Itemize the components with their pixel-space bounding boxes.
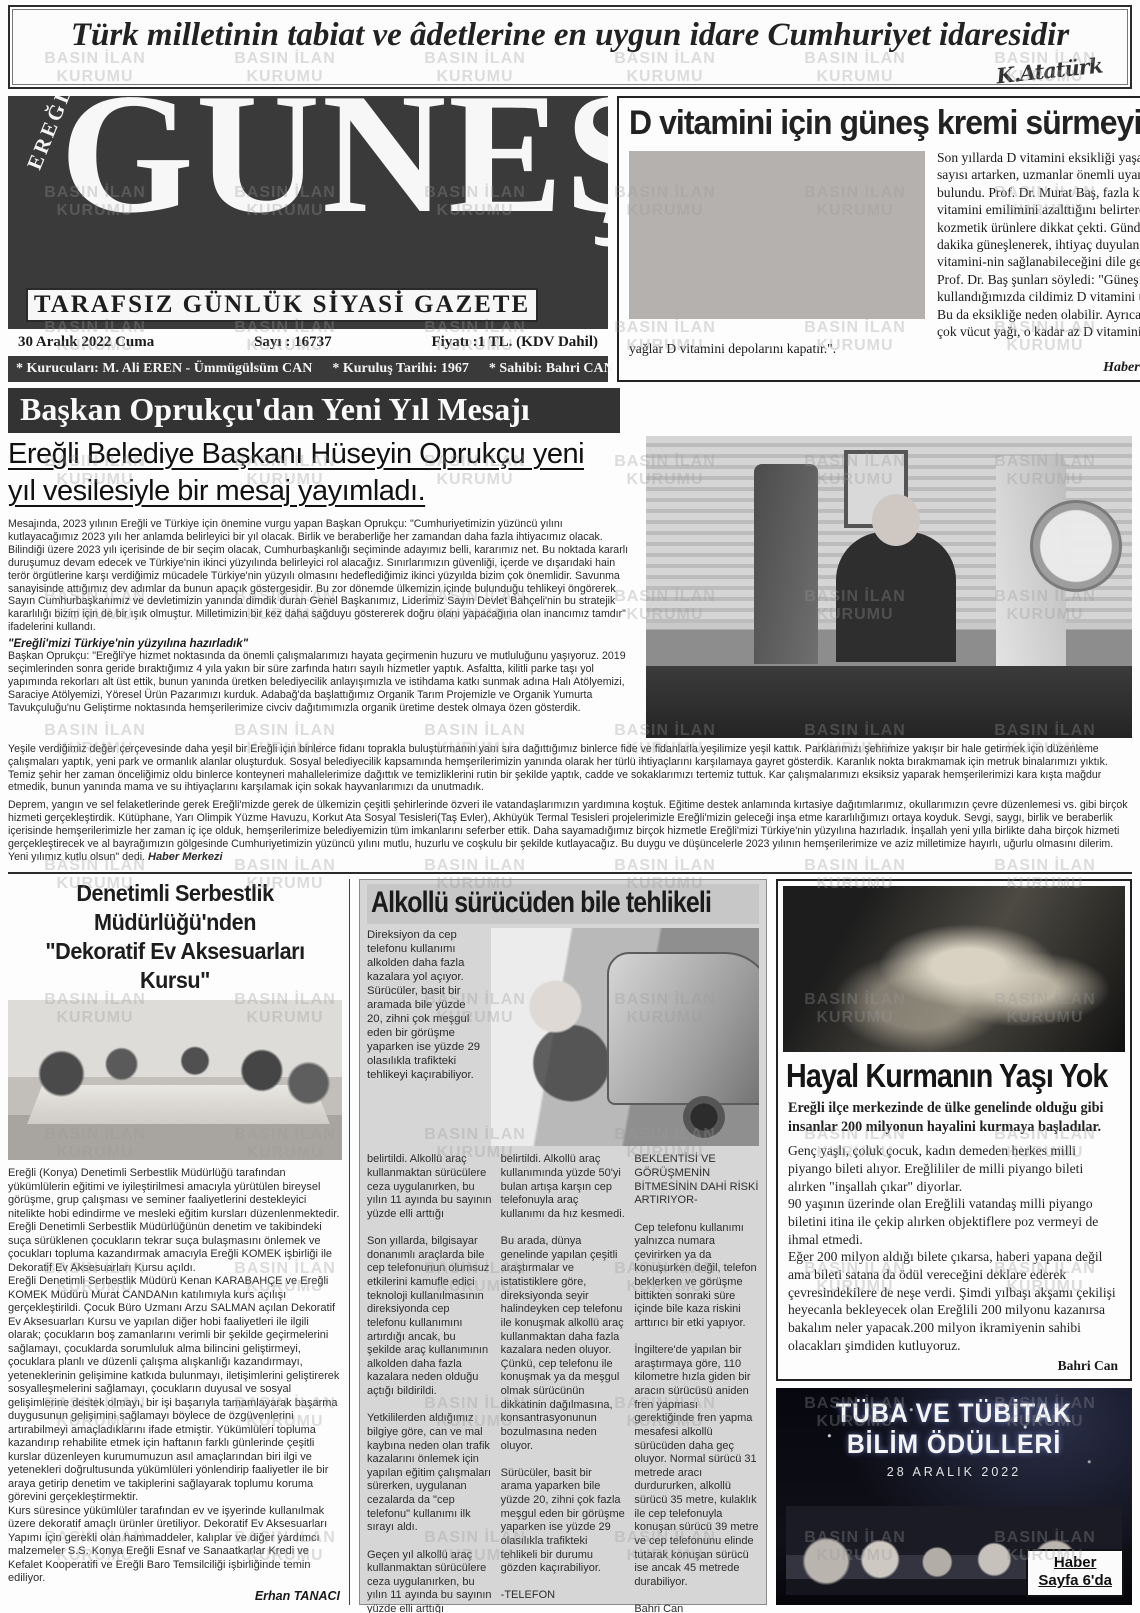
right-column: Hayal Kurmanın Yaşı Yok Ereğli ilçe merk… xyxy=(776,879,1132,1605)
article-lottery-headline: Hayal Kurmanın Yaşı Yok xyxy=(786,1057,1107,1095)
turkish-flag-shape xyxy=(754,464,818,664)
article-phone-driving-headline-bar: Alkollü sürücüden bile tehlikeli xyxy=(367,884,759,924)
article-mayor-para2: Başkan Oprukçu: "Ereğli'ye hizmet noktas… xyxy=(8,650,636,715)
tuba-date: 28 ARALIK 2022 xyxy=(776,1465,1132,1479)
classroom-people-shapes xyxy=(8,1000,342,1160)
article-lottery-lead: Ereğli ilçe merkezinde de ülke genelinde… xyxy=(778,1099,1130,1136)
tuba-awards-box: TÜBA VE TÜBİTAK BİLİM ÖDÜLLERİ 28 ARALIK… xyxy=(776,1388,1132,1605)
article-lottery-byline: Bahri Can xyxy=(778,1354,1130,1374)
article-lottery-body: Genç yaşlı, çoluk çocuk, kadın demeden h… xyxy=(778,1136,1130,1354)
article-course-body: Ereğli (Konya) Denetimli Serbestlik Müdü… xyxy=(8,1167,342,1586)
tuba-continue-line2: Sayfa 6'da xyxy=(1038,1572,1112,1591)
masthead-subtitle: TARAFSIZ GÜNLÜK SİYASİ GAZETE xyxy=(34,291,530,318)
bottom-row: Denetimli Serbestlik Müdürlüğü'nden "Dek… xyxy=(8,872,1132,1605)
classroom-photo xyxy=(8,1000,342,1160)
car-shape xyxy=(607,952,759,1105)
article-phone-driving-columns: belirtildi. Alkollü araç kullanmaktan sü… xyxy=(367,1153,759,1600)
article-mayor-para4-wrap: Deprem, yangın ve sel felaketlerinde ger… xyxy=(8,799,1132,864)
ataturk-signature: K.Atatürk xyxy=(995,53,1103,89)
motto-text: Türk milletinin tabiat ve âdetlerine en … xyxy=(71,17,1069,54)
suncream-photo xyxy=(629,151,925,319)
article-course-headline-line1: Denetimli Serbestlik Müdürlüğü'nden xyxy=(76,880,273,935)
issue-price: Fiyatı :1 TL. (KDV Dahil) xyxy=(431,334,598,351)
article-course-headline: Denetimli Serbestlik Müdürlüğü'nden "Dek… xyxy=(18,879,332,994)
article-lottery-headline-wrap: Hayal Kurmanın Yaşı Yok xyxy=(778,1057,1130,1095)
article-lottery: Hayal Kurmanın Yaşı Yok Ereğli ilçe merk… xyxy=(776,879,1132,1381)
tuba-continue-box: Haber Sayfa 6'da xyxy=(1026,1549,1124,1598)
masthead-founders-bar: * Kurucuları: M. Ali EREN - Ümmügülsüm C… xyxy=(8,356,608,382)
article-phone-driving-intro: Direksiyon da cep telefonu kullanımı alk… xyxy=(367,928,483,1146)
article-vitamin-d-byline: Haber Merkezi xyxy=(629,358,1140,376)
tuba-title-line2: BİLİM ÖDÜLLERİ xyxy=(790,1429,1118,1460)
motto-banner: Türk milletinin tabiat ve âdetlerine en … xyxy=(8,5,1132,89)
article-mayor-para3: Yeşile verdiğimiz değer çerçevesinde dah… xyxy=(8,743,1132,795)
founded-label: * Kuruluş Tarihi: 1967 xyxy=(332,361,469,377)
classroom-table-shape xyxy=(27,1085,330,1125)
article-course: Denetimli Serbestlik Müdürlüğü'nden "Dek… xyxy=(8,879,350,1605)
article-mayor-subhead: Ereğli Belediye Başkanı Hüseyin Oprukçu … xyxy=(8,436,614,510)
article-phone-driving-col3: BEKLENTİSİ VE GÖRÜŞMENİN BİTMESİNİN DAHİ… xyxy=(634,1153,759,1600)
article-vitamin-d-body: Son yıllarda D vitamini eksikliği yaşaya… xyxy=(629,150,1140,356)
article-phone-driving-top: Direksiyon da cep telefonu kullanımı alk… xyxy=(367,928,759,1146)
mayor-office-photo xyxy=(646,436,1132,738)
founders-label: * Kurucuları: M. Ali EREN - Ümmügülsüm C… xyxy=(16,361,312,377)
newspaper-front-page: BASIN İLAN KURUMUBASIN İLAN KURUMUBASIN … xyxy=(0,0,1140,1613)
article-phone-driving-col1: belirtildi. Alkollü araç kullanmaktan sü… xyxy=(367,1153,492,1600)
header-row: EREĞLİ GÜNEŞ TARAFSIZ GÜNLÜK SİYASİ GAZE… xyxy=(8,96,1132,382)
article-vitamin-d: D vitamini için güneş kremi sürmeyin Son… xyxy=(617,96,1140,382)
municipality-flag-shape xyxy=(996,456,1066,666)
driver-on-phone-photo xyxy=(491,928,759,1146)
owner-label: * Sahibi: Bahri CAN xyxy=(489,361,614,377)
masthead-logo-box: EREĞLİ GÜNEŞ TARAFSIZ GÜNLÜK SİYASİ GAZE… xyxy=(8,96,608,329)
money-counting-photo xyxy=(783,886,1125,1052)
article-mayor-kicker: Başkan Oprukçu'dan Yeni Yıl Mesajı xyxy=(8,388,620,433)
article-phone-driving: Alkollü sürücüden bile tehlikeli Direksi… xyxy=(359,879,767,1605)
article-mayor-byline: Haber Merkezi xyxy=(148,851,223,863)
article-mayor-quote-subhead: "Ereğli'mizi Türkiye'nin yüzyılına hazır… xyxy=(8,638,636,650)
municipality-emblem-shape xyxy=(1030,500,1122,592)
article-mayor-text-column: Ereğli Belediye Başkanı Hüseyin Oprukçu … xyxy=(8,436,636,738)
window-blinds-shape xyxy=(646,436,1132,623)
mayor-head-shape xyxy=(872,494,920,546)
masthead-subtitle-box: TARAFSIZ GÜNLÜK SİYASİ GAZETE xyxy=(26,288,538,322)
masthead: EREĞLİ GÜNEŞ TARAFSIZ GÜNLÜK SİYASİ GAZE… xyxy=(8,96,608,382)
article-phone-driving-col2: belirtildi. Alkollü araç kullanımında yü… xyxy=(501,1153,626,1600)
article-vitamin-d-body-wrap: Son yıllarda D vitamini eksikliği yaşaya… xyxy=(629,149,1140,358)
article-phone-driving-headline: Alkollü sürücüden bile tehlikeli xyxy=(371,886,711,920)
wall-portrait-shape xyxy=(844,450,908,528)
article-mayor-message: Başkan Oprukçu'dan Yeni Yıl Mesajı Ereğl… xyxy=(8,382,1132,865)
masthead-info-row: 30 Aralık 2022 Cuma Sayı : 16737 Fiyatı … xyxy=(8,329,608,356)
article-mayor-para1: Mesajında, 2023 yılının Ereğli ve Türkiy… xyxy=(8,518,636,634)
newspaper-title: GÜNEŞ xyxy=(60,96,608,240)
article-vitamin-d-headline: D vitamini için güneş kremi sürmeyin xyxy=(629,104,1140,143)
car-wheel-shape xyxy=(683,1096,725,1138)
mayor-figure-shape xyxy=(836,532,956,662)
article-course-byline: Erhan TANACI xyxy=(8,1586,342,1605)
issue-date: 30 Aralık 2022 Cuma xyxy=(18,334,154,351)
issue-number: Sayı : 16737 xyxy=(254,334,332,351)
desk-shape xyxy=(646,666,1132,738)
tuba-continue-line1: Haber xyxy=(1038,1554,1112,1573)
article-course-headline-line2: "Dekoratif Ev Aksesuarları Kursu" xyxy=(45,938,304,993)
tuba-title-line1: TÜBA VE TÜBİTAK xyxy=(790,1398,1118,1429)
article-mayor-top: Ereğli Belediye Başkanı Hüseyin Oprukçu … xyxy=(8,436,1132,738)
